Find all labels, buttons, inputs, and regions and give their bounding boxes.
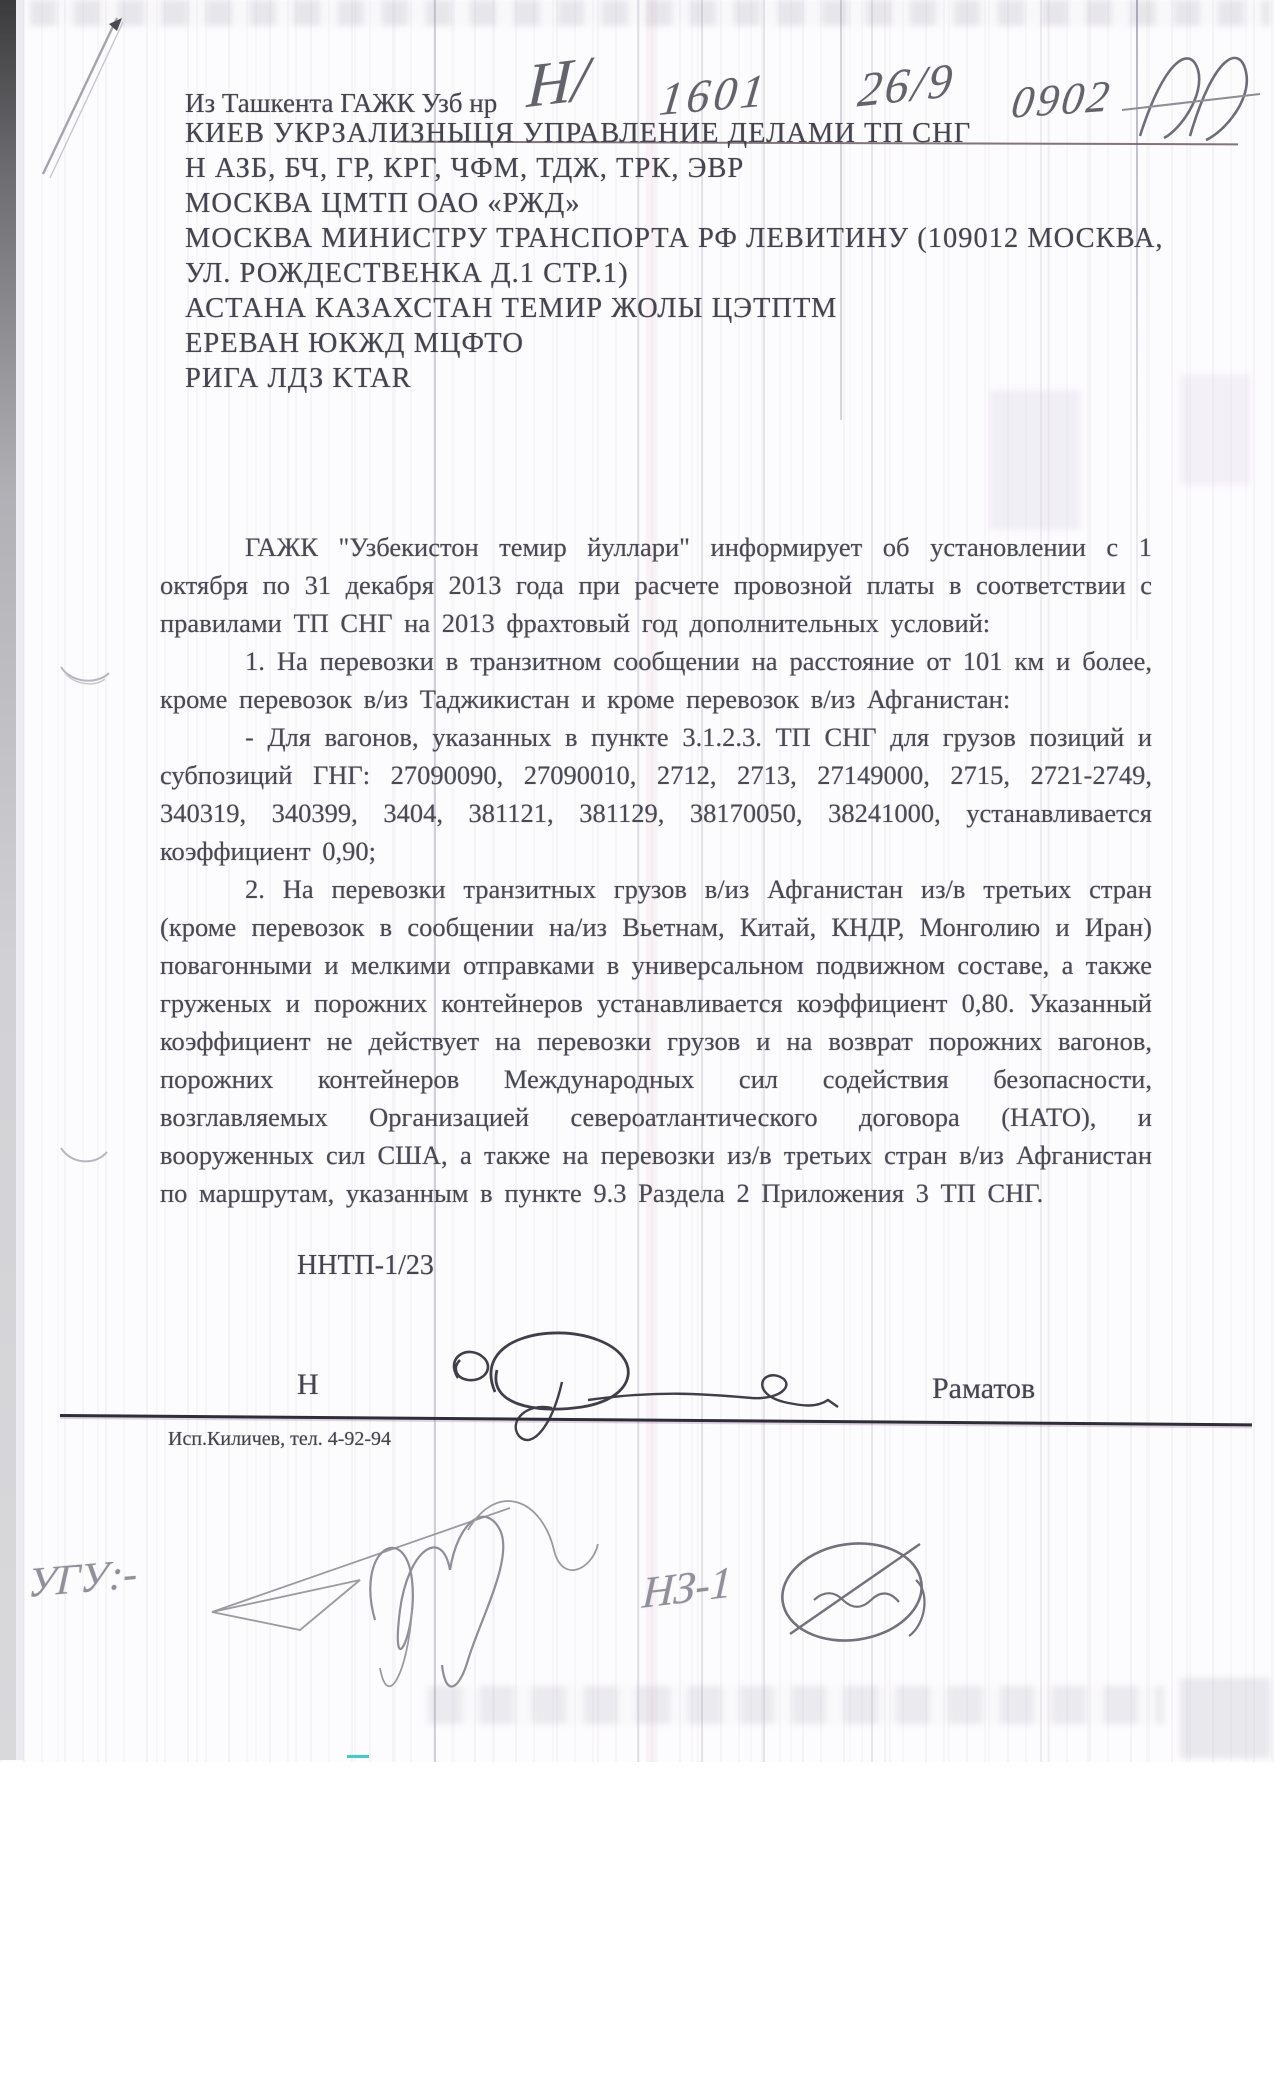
- addressee-line: УЛ. РОЖДЕСТВЕНКА Д.1 СТР.1): [185, 256, 1164, 291]
- reference-number: ННТП-1/23: [297, 1250, 434, 1282]
- pen-streak-mark: [25, 8, 140, 188]
- addressee-block: КИЕВ УКРЗАЛИЗНЫЦЯ УПРАВЛЕНИЕ ДЕЛАМИ ТП С…: [185, 116, 1164, 396]
- bleedthrough-top: [30, 0, 1270, 26]
- executor-line: Исп.Киличев, тел. 4-92-94: [168, 1428, 391, 1451]
- scan-edge-left-soft: [16, 0, 24, 1760]
- handwritten-number-date: 26/9: [855, 52, 958, 118]
- paragraph-item-2: 2. На перевозки транзитных грузов в/из А…: [160, 870, 1152, 1212]
- lavender-smudge: [990, 390, 1080, 530]
- paragraph-item-1: 1. На перевозки в транзитном сообщении н…: [160, 642, 1152, 718]
- bleedthrough-bottom: [428, 1686, 1164, 1724]
- signature-name: Раматов: [932, 1372, 1035, 1406]
- addressee-line: АСТАНА КАЗАХСТАН ТЕМИР ЖОЛЫ ЦЭТПТМ: [185, 291, 1164, 326]
- body-text: ГАЖК "Узбекистон темир йуллари" информир…: [160, 528, 1152, 1212]
- scan-edge-left: [0, 0, 16, 1760]
- bleedthrough-corner: [1180, 1678, 1270, 1758]
- teal-dash-mark: [347, 1755, 369, 1758]
- paragraph-intro: ГАЖК "Узбекистон темир йуллари" информир…: [160, 528, 1152, 642]
- addressee-line: Н АЗБ, БЧ, ГР, КРГ, ЧФМ, ТДЖ, ТРК, ЭВР: [185, 151, 1164, 186]
- from-line: Из Ташкента ГАЖК Узб нр: [185, 88, 497, 119]
- paragraph-item-1-detail: - Для вагонов, указанных в пункте 3.1.2.…: [160, 718, 1152, 870]
- addressee-line: КИЕВ УКРЗАЛИЗНЫЦЯ УПРАВЛЕНИЕ ДЕЛАМИ ТП С…: [185, 116, 1164, 151]
- pencil-check-mark: [55, 655, 115, 695]
- annotation-right-signature: [772, 1528, 937, 1663]
- addressee-line: ЕРЕВАН ЮКЖД МЦФТО: [185, 326, 1164, 361]
- lavender-smudge: [1180, 375, 1250, 485]
- handwritten-number-prefix: Н/: [525, 44, 590, 124]
- annotation-left: УГУ:-: [27, 1550, 139, 1608]
- scanned-telegram-page: Из Ташкента ГАЖК Узб нр Н/ 1601 26/9 090…: [0, 0, 1275, 2100]
- addressee-line: МОСКВА МИНИСТРУ ТРАНСПОРТА РФ ЛЕВИТИНУ (…: [185, 221, 1164, 256]
- pencil-check-mark: [55, 1138, 115, 1178]
- addressee-line: МОСКВА ЦМТП ОАО «РЖД»: [185, 186, 1164, 221]
- signature-initial: Н: [297, 1368, 319, 1402]
- signature-stroke: [400, 1320, 840, 1455]
